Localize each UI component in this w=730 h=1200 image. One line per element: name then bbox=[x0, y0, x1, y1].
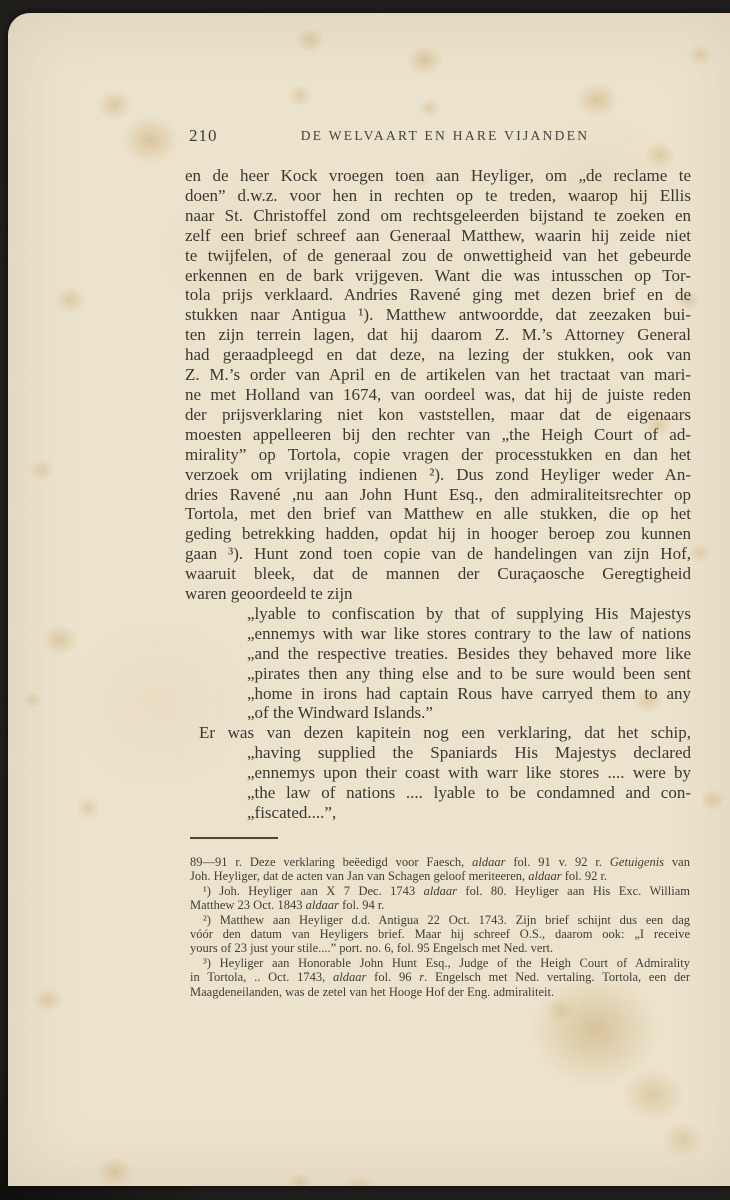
footnote: ³) Heyliger aan Honorable John Hunt Esq.… bbox=[190, 956, 690, 999]
footnote-line: Matthew 23 Oct. 1843 aldaar fol. 94 r. bbox=[190, 898, 690, 912]
text-line: Tortola, met den brief van Matthew en al… bbox=[185, 504, 691, 524]
footnote-line: ¹) Joh. Heyliger aan X 7 Dec. 1743 aldaa… bbox=[190, 884, 690, 898]
text-line: „the law of nations .... lyable to be co… bbox=[247, 783, 691, 803]
text-line: had geraadpleegd en dat deze, na lezing … bbox=[185, 345, 691, 365]
text-line: Er was van dezen kapitein nog een verkla… bbox=[185, 723, 691, 743]
text-line: erkennen en de bark vrijgeven. Want die … bbox=[185, 266, 691, 286]
text-line: te twijfelen, of de generaal zou de onwe… bbox=[185, 246, 691, 266]
footnote-line: ²) Matthew aan Heyliger d.d. Antigua 22 … bbox=[190, 913, 690, 927]
footnote-line: yours of 23 just your stile....” port. n… bbox=[190, 941, 690, 955]
text-line: Z. M.’s order van April en de artikelen … bbox=[185, 365, 691, 385]
paragraph: Er was van dezen kapitein nog een verkla… bbox=[185, 723, 691, 743]
footnote-line: Maagdeneilanden, was de zetel van het Ho… bbox=[190, 985, 690, 999]
text-line: dries Ravené ,nu aan John Hunt Esq., den… bbox=[185, 485, 691, 505]
body-text: en de heer Kock vroegen toen aan Heylige… bbox=[185, 166, 691, 823]
text-line: „and the respective treaties. Besides th… bbox=[247, 644, 691, 664]
book-page-paper: 210 DE WELVAART EN HARE VIJANDEN en de h… bbox=[8, 13, 730, 1186]
footnote-line: 89—91 r. Deze verklaring beëedigd voor F… bbox=[190, 855, 690, 869]
quoted-passage: „lyable to confiscation by that of suppl… bbox=[185, 604, 691, 723]
footnote: 89—91 r. Deze verklaring beëedigd voor F… bbox=[190, 855, 690, 884]
text-line: doen” d.w.z. voor hen in rechten op te t… bbox=[185, 186, 691, 206]
text-line: „lyable to confiscation by that of suppl… bbox=[247, 604, 691, 624]
footnote-line: in Tortola, .. Oct. 1743, aldaar fol. 96… bbox=[190, 970, 690, 984]
scanned-book-page: { "page": { "number": "210", "running_ti… bbox=[0, 0, 730, 1200]
text-line: „pirates then any thing else and to be s… bbox=[247, 664, 691, 684]
text-line: der prijsverklaring niet kon vaststellen… bbox=[185, 405, 691, 425]
text-line: „of the Windward Islands.” bbox=[247, 703, 691, 723]
text-line: „ennemys with war like stores contrary t… bbox=[247, 624, 691, 644]
text-line: waren geoordeeld te zijn bbox=[185, 584, 691, 604]
footnote-line: Joh. Heyliger, dat de acten van Jan van … bbox=[190, 869, 690, 883]
footnote-line: ³) Heyliger aan Honorable John Hunt Esq.… bbox=[190, 956, 690, 970]
text-line: mirality” op Tortola, copie vragen der p… bbox=[185, 445, 691, 465]
page-header: 210 DE WELVAART EN HARE VIJANDEN bbox=[185, 126, 691, 148]
text-line: „ennemys upon their coast with warr like… bbox=[247, 763, 691, 783]
text-line: naar St. Christoffel zond om rechtsgelee… bbox=[185, 206, 691, 226]
text-line: ne met Holland van 1674, van oordeel was… bbox=[185, 385, 691, 405]
footnote-line: vóór den datum van Heyligers brief. Maar… bbox=[190, 927, 690, 941]
text-line: „home in irons had captain Rous have car… bbox=[247, 684, 691, 704]
text-line: ten zijn terrein lagen, dat hij daarom Z… bbox=[185, 325, 691, 345]
text-line: tola prijs verklaard. Andries Ravené gin… bbox=[185, 285, 691, 305]
text-line: gaan ³). Hunt zond toen copie van de han… bbox=[185, 544, 691, 564]
footnotes: 89—91 r. Deze verklaring beëedigd voor F… bbox=[190, 855, 690, 999]
text-line: geding betrekking hadden, opdat hij in h… bbox=[185, 524, 691, 544]
text-line: moesten appelleeren bij den rechter van … bbox=[185, 425, 691, 445]
footnote-separator bbox=[190, 837, 278, 839]
footnote: ²) Matthew aan Heyliger d.d. Antigua 22 … bbox=[190, 913, 690, 956]
footnote: ¹) Joh. Heyliger aan X 7 Dec. 1743 aldaa… bbox=[190, 884, 690, 913]
text-line: „having supplied the Spaniards His Majes… bbox=[247, 743, 691, 763]
paragraph: en de heer Kock vroegen toen aan Heylige… bbox=[185, 166, 691, 604]
running-title: DE WELVAART EN HARE VIJANDEN bbox=[185, 128, 691, 144]
text-line: stukken naar Antigua ¹). Matthew antwoor… bbox=[185, 305, 691, 325]
quoted-passage: „having supplied the Spaniards His Majes… bbox=[185, 743, 691, 823]
text-line: en de heer Kock vroegen toen aan Heylige… bbox=[185, 166, 691, 186]
text-line: „fiscated....”, bbox=[247, 803, 691, 823]
text-line: zelf een brief schreef aan Generaal Matt… bbox=[185, 226, 691, 246]
text-line: verzoek om vrijlating indienen ²). Dus z… bbox=[185, 465, 691, 485]
text-line: waaruit bleek, dat de mannen der Curaçao… bbox=[185, 564, 691, 584]
